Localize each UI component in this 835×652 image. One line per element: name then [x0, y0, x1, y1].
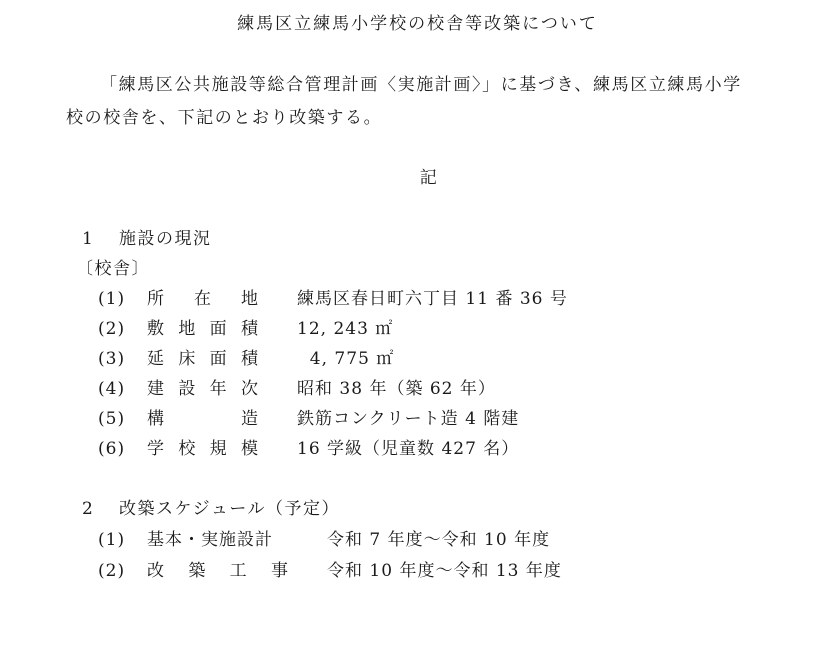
- item-label: 改 築 工 事: [147, 560, 289, 582]
- label-char: 地: [178, 318, 196, 340]
- section-1-number: 1: [82, 228, 94, 250]
- item-label: 学 校 規 模: [147, 438, 259, 460]
- facility-row-location: (1) 所 在 地 練馬区春日町六丁目 11 番 36 号: [0, 288, 835, 310]
- item-label: 建 設 年 次: [147, 378, 259, 400]
- label-char: 建: [147, 378, 165, 400]
- label-char: 延: [147, 348, 165, 370]
- item-label: 延 床 面 積: [147, 348, 259, 370]
- item-number: (2): [98, 318, 125, 340]
- facility-row-floor-area: (3) 延 床 面 積 4, 775 ㎡: [0, 348, 835, 370]
- item-number: (1): [98, 288, 125, 310]
- schedule-row-design: (1) 基本・実施設計 令和 7 年度～令和 10 年度: [0, 529, 835, 551]
- label-char: 年: [210, 378, 228, 400]
- label-char: 所: [147, 288, 165, 310]
- ki-marker: 記: [0, 167, 835, 189]
- item-value: 16 学級（児童数 427 名）: [297, 438, 519, 460]
- item-number: (2): [98, 560, 125, 582]
- label-char: 次: [241, 378, 259, 400]
- label-char: 学: [147, 438, 165, 460]
- item-value: 令和 7 年度～令和 10 年度: [327, 529, 550, 551]
- item-value: 4, 775 ㎡: [297, 348, 394, 370]
- label-char: 築: [188, 560, 206, 582]
- section-2-heading: 改築スケジュール（予定）: [119, 498, 340, 520]
- document-title: 練馬区立練馬小学校の校舎等改築について: [0, 13, 835, 35]
- item-label: 基本・実施設計: [147, 529, 289, 551]
- facility-row-site-area: (2) 敷 地 面 積 12, 243 ㎡: [0, 318, 835, 340]
- facility-row-school-size: (6) 学 校 規 模 16 学級（児童数 427 名）: [0, 438, 835, 460]
- section-2-number: 2: [82, 498, 94, 520]
- label-char: 設: [178, 378, 196, 400]
- label-char: 規: [210, 438, 228, 460]
- label-char: 地: [241, 288, 259, 310]
- item-number: (6): [98, 438, 125, 460]
- label-char: 積: [241, 348, 259, 370]
- intro-paragraph-line-1: 「練馬区公共施設等総合管理計画〈実施計画〉」に基づき、練馬区立練馬小学: [100, 74, 742, 96]
- item-number: (5): [98, 408, 125, 430]
- label-char: 基本・実施設計: [147, 529, 273, 551]
- item-label: 敷 地 面 積: [147, 318, 259, 340]
- label-char: 模: [241, 438, 259, 460]
- label-char: 在: [194, 288, 212, 310]
- facility-row-structure: (5) 構 造 鉄筋コンクリート造 4 階建: [0, 408, 835, 430]
- item-value: 令和 10 年度～令和 13 年度: [327, 560, 562, 582]
- label-char: 改: [147, 560, 165, 582]
- intro-paragraph-line-2: 校の校舎を、下記のとおり改築する。: [66, 107, 382, 129]
- item-value: 鉄筋コンクリート造 4 階建: [297, 408, 519, 430]
- section-1-subheading: 〔校舎〕: [76, 258, 150, 280]
- label-char: 構: [147, 408, 165, 430]
- item-value: 昭和 38 年（築 62 年）: [297, 378, 496, 400]
- label-char: 事: [271, 560, 289, 582]
- label-char: 造: [241, 408, 259, 430]
- label-char: 校: [178, 438, 196, 460]
- item-number: (3): [98, 348, 125, 370]
- label-char: 面: [210, 318, 228, 340]
- label-char: 積: [241, 318, 259, 340]
- schedule-row-construction: (2) 改 築 工 事 令和 10 年度～令和 13 年度: [0, 560, 835, 582]
- label-char: 面: [210, 348, 228, 370]
- item-label: 所 在 地: [147, 288, 259, 310]
- item-number: (4): [98, 378, 125, 400]
- item-value: 練馬区春日町六丁目 11 番 36 号: [297, 288, 568, 310]
- label-char: 敷: [147, 318, 165, 340]
- item-number: (1): [98, 529, 125, 551]
- section-1-heading: 施設の現況: [119, 228, 212, 250]
- item-value: 12, 243 ㎡: [297, 318, 393, 340]
- label-char: 床: [178, 348, 196, 370]
- facility-row-construction-year: (4) 建 設 年 次 昭和 38 年（築 62 年）: [0, 378, 835, 400]
- label-char: 工: [230, 560, 248, 582]
- item-label: 構 造: [147, 408, 259, 430]
